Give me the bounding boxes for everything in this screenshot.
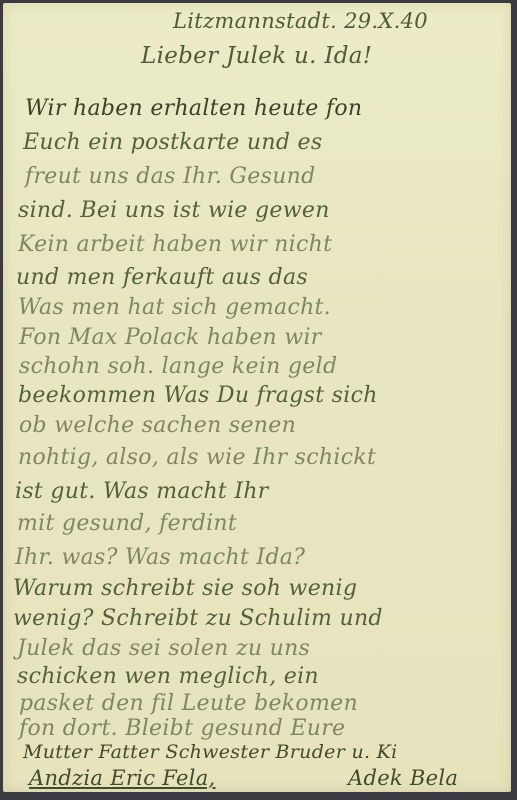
letter-line: Warum schreibt sie soh wenig [13, 576, 357, 601]
letter-line: wenig? Schreibt zu Schulim und [13, 606, 383, 631]
salutation: Lieber Julek u. Ida! [141, 43, 372, 69]
place-date: Litzmannstadt. 29.X.40 [173, 9, 428, 33]
letter-line: schicken wen meglich, ein [17, 664, 319, 689]
letter-line: sind. Bei uns ist wie gewen [18, 198, 330, 223]
letter-line: Euch ein postkarte und es [23, 130, 322, 155]
postcard: Litzmannstadt. 29.X.40 Lieber Julek u. I… [3, 3, 511, 792]
signature-family: Mutter Fatter Schwester Bruder u. Ki [23, 741, 398, 763]
letter-line: freut uns das Ihr. Gesund [25, 164, 316, 189]
letter-line: Fon Max Polack haben wir [19, 325, 322, 350]
signature-right: Adek Bela [348, 766, 458, 790]
letter-line: nohtig, also, als wie Ihr schickt [18, 445, 376, 470]
letter-line: schohn soh. lange kein geld [19, 354, 337, 379]
letter-line: ob welche sachen senen [19, 413, 296, 438]
letter-line: und men ferkauft aus das [16, 265, 308, 290]
letter-line: Ihr. was? Was macht Ida? [15, 545, 305, 570]
letter-line: Was men hat sich gemacht. [18, 295, 331, 320]
letter-line: mit gesund, ferdint [17, 511, 237, 536]
letter-line: Wir haben erhalten heute fon [25, 96, 362, 121]
letter-line: Kein arbeit haben wir nicht [18, 232, 332, 257]
letter-line: fon dort. Bleibt gesund Eure [19, 716, 345, 741]
letter-line: beekommen Was Du fragst sich [18, 383, 378, 408]
letter-line: Julek das sei solen zu uns [17, 636, 310, 661]
signature-left: Andzia Eric Fela, [29, 766, 216, 790]
letter-line: ist gut. Was macht Ihr [15, 479, 269, 504]
letter-line: pasket den fil Leute bekomen [19, 691, 358, 716]
